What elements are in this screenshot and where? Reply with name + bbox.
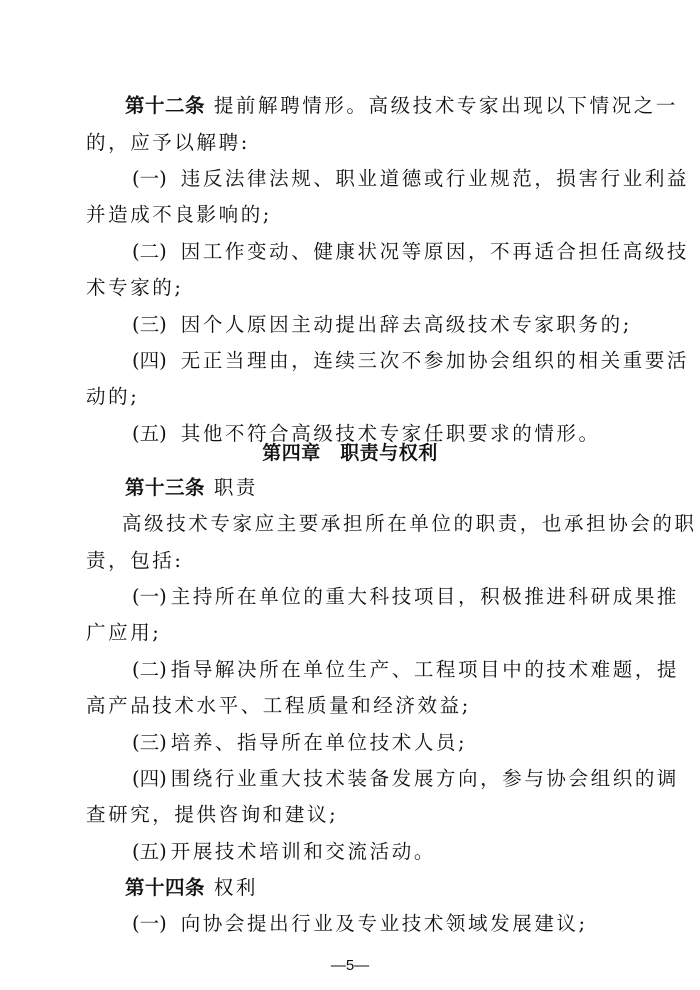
article-12-item-4-cont: 动的;	[86, 385, 616, 409]
article-12-item-1-cont: 并造成不良影响的;	[86, 203, 616, 227]
item-text: 围绕行业重大技术装备发展方向，参与协会组织的调	[171, 767, 679, 790]
article-13-intro: 高级技术专家应主要承担所在单位的职责，也承担协会的职	[122, 512, 652, 536]
article-13-item-2-cont: 高产品技术水平、工程质量和经济效益;	[86, 694, 616, 718]
article-13-item-5: (五)开展技术培训和交流活动。	[132, 840, 662, 864]
article-12-line-2: 的，应予以解聘:	[86, 131, 616, 155]
article-13-item-4: (四)围绕行业重大技术装备发展方向，参与协会组织的调	[132, 767, 662, 791]
document-page: 第十二条 提前解聘情形。高级技术专家出现以下情况之一 的，应予以解聘: (一)违…	[0, 0, 700, 990]
article-12-item-3: (三)因个人原因主动提出辞去高级技术专家职务的;	[132, 313, 662, 337]
article-13-item-1: (一)主持所在单位的重大科技项目，积极推进科研成果推	[132, 585, 662, 609]
article-13-intro-cont: 责，包括:	[86, 549, 616, 573]
item-text: 因个人原因主动提出辞去高级技术专家职务的;	[181, 313, 632, 336]
article-12-heading: 第十二条	[125, 94, 205, 117]
article-12-title: 提前解聘情形。高级技术专家出现以下情况之一	[214, 94, 678, 117]
item-text: 主持所在单位的重大科技项目，积极推进科研成果推	[171, 585, 679, 608]
article-14-heading: 第十四条	[125, 876, 205, 899]
item-marker: (二)	[132, 240, 167, 264]
page-number: —5—	[0, 957, 700, 974]
item-marker: (二)	[132, 658, 167, 682]
item-text: 违反法律法规、职业道德或行业规范，损害行业利益	[181, 167, 689, 190]
item-text: 开展技术培训和交流活动。	[171, 840, 436, 863]
item-text: 因工作变动、健康状况等原因，不再适合担任高级技	[181, 240, 689, 263]
item-marker: (三)	[132, 731, 167, 755]
article-13-heading: 第十三条	[125, 476, 205, 499]
item-marker: (一)	[132, 167, 167, 191]
item-text: 无正当理由，连续三次不参加协会组织的相关重要活	[181, 349, 689, 372]
article-13-item-2: (二)指导解决所在单位生产、工程项目中的技术难题，提	[132, 658, 662, 682]
article-12-item-1: (一)违反法律法规、职业道德或行业规范，损害行业利益	[132, 167, 662, 191]
item-text: 培养、指导所在单位技术人员;	[171, 731, 467, 754]
item-text: 向协会提出行业及专业技术领域发展建议;	[181, 912, 588, 935]
article-13-title: 职责	[214, 476, 258, 499]
article-14-line-1: 第十四条 权利	[125, 876, 616, 900]
article-12-item-4: (四)无正当理由，连续三次不参加协会组织的相关重要活	[132, 349, 662, 373]
item-marker: (四)	[132, 767, 167, 791]
item-marker: (五)	[132, 840, 167, 864]
article-13-line-1: 第十三条 职责	[125, 476, 616, 500]
article-12-line-1: 第十二条 提前解聘情形。高级技术专家出现以下情况之一	[125, 94, 616, 118]
item-text: 指导解决所在单位生产、工程项目中的技术难题，提	[171, 658, 679, 681]
article-14-title: 权利	[214, 876, 258, 899]
item-marker: (一)	[132, 912, 167, 936]
item-marker: (四)	[132, 349, 167, 373]
article-13-item-1-cont: 广应用;	[86, 621, 616, 645]
article-13-item-4-cont: 查研究，提供咨询和建议;	[86, 803, 616, 827]
item-marker: (三)	[132, 313, 167, 337]
article-14-item-1: (一)向协会提出行业及专业技术领域发展建议;	[132, 912, 662, 936]
item-marker: (一)	[132, 585, 167, 609]
chapter-title: 第四章 职责与权利	[0, 441, 700, 465]
article-12-item-2-cont: 术专家的;	[86, 276, 616, 300]
article-12-item-2: (二)因工作变动、健康状况等原因，不再适合担任高级技	[132, 240, 662, 264]
article-13-item-3: (三)培养、指导所在单位技术人员;	[132, 731, 662, 755]
